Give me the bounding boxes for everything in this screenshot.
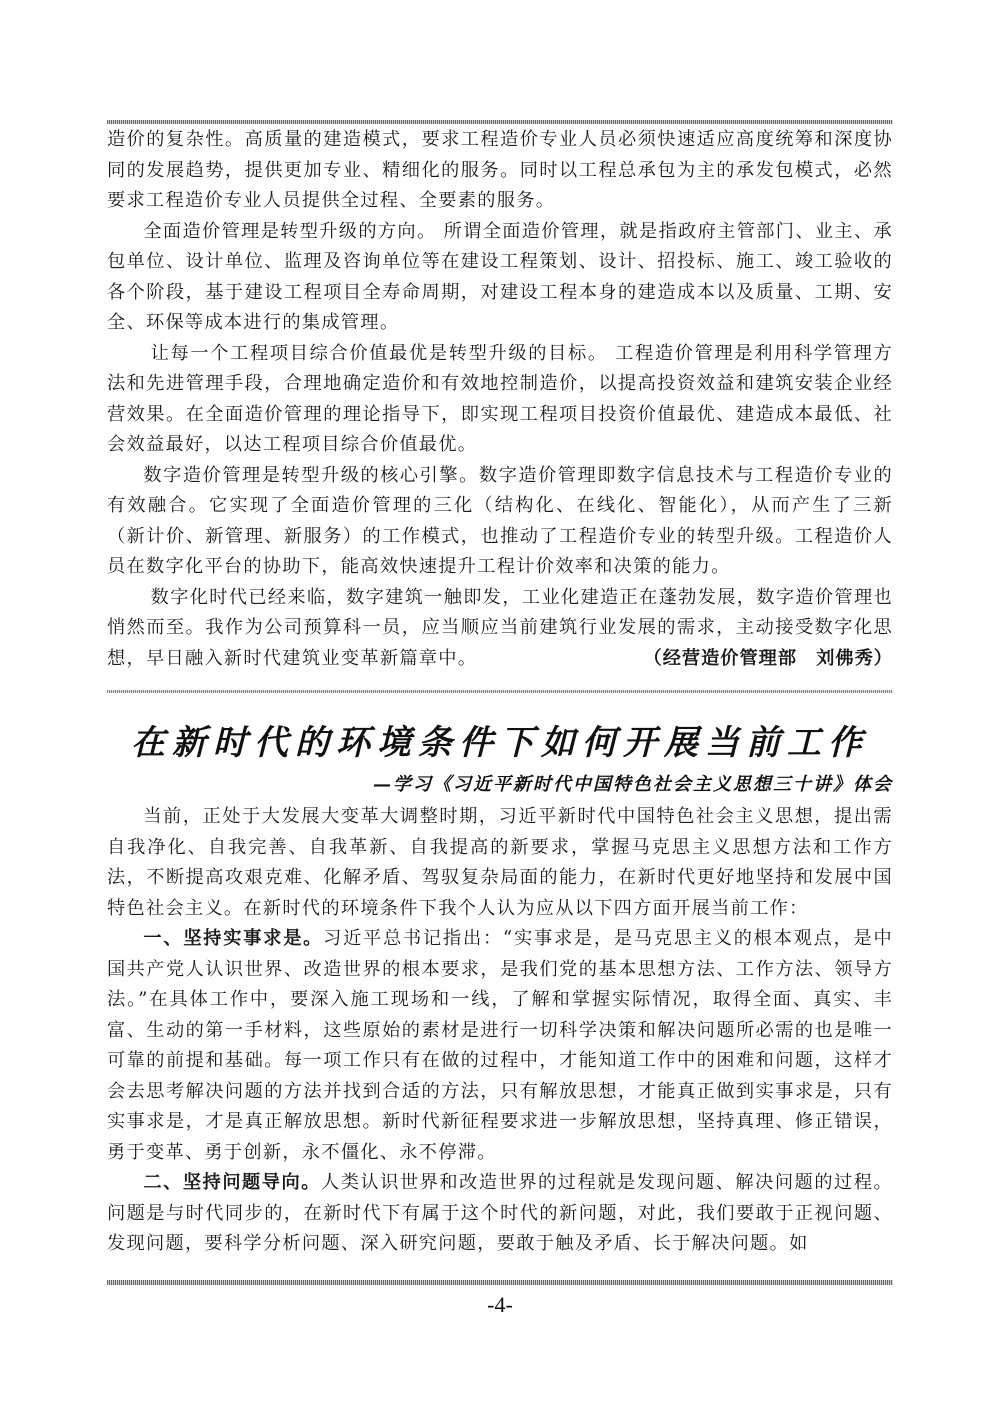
article-subtitle: —学习《习近平新时代中国特色社会主义思想三十讲》体会 [373, 770, 893, 796]
point-one: 一、坚持实事求是。习近平总书记指出：“实事求是，是马克思主义的根本观点，是中国共… [107, 924, 893, 1168]
section-divider [107, 690, 893, 693]
point-one-heading: 一、坚持实事求是。 [143, 928, 323, 949]
paragraph-digital-era: 数字化时代已经来临，数字建筑一触即发，工业化建造正在蓬勃发展，数字造价管理也悄然… [107, 583, 893, 675]
article-title: 在新时代的环境条件下如何开展当前工作 [100, 715, 900, 764]
bottom-divider [107, 1280, 893, 1285]
paragraph-comprehensive-cost: 全面造价管理是转型升级的方向。 所谓全面造价管理，就是指政府主管部门、业主、承包… [107, 217, 893, 339]
author-signature: （经营造价管理部 刘佛秀） [600, 644, 893, 675]
paragraph-continued: 造价的复杂性。高质量的建造模式，要求工程造价专业人员必须快速适应高度统筹和深度协… [107, 125, 893, 217]
top-divider [107, 120, 893, 124]
page-number: -4- [0, 1292, 1000, 1318]
section-continued-text: 造价的复杂性。高质量的建造模式，要求工程造价专业人员必须快速适应高度统筹和深度协… [107, 125, 893, 674]
paragraph-value-optimal: 让每一个工程项目综合价值最优是转型升级的目标。 工程造价管理是利用科学管理方法和… [107, 339, 893, 461]
document-page: 造价的复杂性。高质量的建造模式，要求工程造价专业人员必须快速适应高度统筹和深度协… [0, 0, 1000, 1414]
point-two-heading: 二、坚持问题导向。 [143, 1172, 321, 1193]
point-one-body: 习近平总书记指出：“实事求是，是马克思主义的根本观点，是中国共产党人认识世界、改… [107, 928, 893, 1163]
paragraph-digital-cost: 数字造价管理是转型升级的核心引擎。数字造价管理即数字信息技术与工程造价专业的有效… [107, 461, 893, 583]
article-intro: 当前，正处于大发展大变革大调整时期，习近平新时代中国特色社会主义思想，提出需自我… [107, 802, 893, 924]
article-body: 当前，正处于大发展大变革大调整时期，习近平新时代中国特色社会主义思想，提出需自我… [107, 802, 893, 1260]
point-two: 二、坚持问题导向。人类认识世界和改造世界的过程就是发现问题、解决问题的过程。问题… [107, 1168, 893, 1260]
